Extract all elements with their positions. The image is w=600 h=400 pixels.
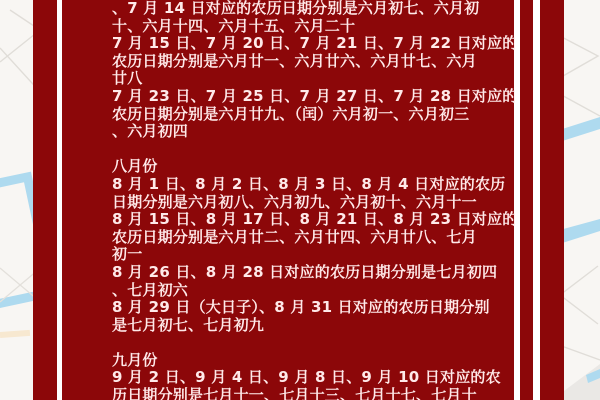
poster-text-line: 7 月 15 日、7 月 20 日、7 月 21 日、7 月 22 日对应的 xyxy=(112,35,515,53)
poster-text-line: 廿八 xyxy=(112,70,515,88)
poster-text-line: 农历日期分别是六月廿九、（闰）六月初一、六月初三 xyxy=(112,106,515,124)
white-pinstripe-right-outer xyxy=(533,0,540,400)
orange-smudge-decoration xyxy=(0,330,30,338)
poster-text-line: 历日期分别是七月十一、七月十三、七月十七、七月十 xyxy=(112,387,515,400)
poster-text-line: 十、六月十四、六月十五、六月二十 xyxy=(112,18,515,36)
lunar-date-text-block: 、7 月 14 日对应的农历日期分别是六月初七、六月初 十、六月十四、六月十五、… xyxy=(112,0,515,400)
white-pinstripe-left xyxy=(57,0,62,400)
poster-text-line: 初一 xyxy=(112,246,515,264)
poster-text-line: 7 月 23 日、7 月 25 日、7 月 27 日、7 月 28 日对应的 xyxy=(112,88,515,106)
poster-text-line: 农历日期分别是六月廿一、六月廿六、六月廿七、六月 xyxy=(112,53,515,71)
poster-text-line: 农历日期分别是六月廿二、六月廿四、六月廿八、七月 xyxy=(112,229,515,247)
poster-text-line: 、六月初四 xyxy=(112,123,515,141)
poster-text-line: 9 月 2 日、9 月 4 日、9 月 8 日、9 月 10 日对应的农 xyxy=(112,369,515,387)
poster-text-line: 日期分别是六月初八、六月初九、六月初十、六月十一 xyxy=(112,194,515,212)
poster-text-line: 是七月初七、七月初九 xyxy=(112,317,515,335)
section-heading-september: 九月份 xyxy=(112,352,515,370)
poster-image: 、7 月 14 日对应的农历日期分别是六月初七、六月初 十、六月十四、六月十五、… xyxy=(0,0,600,400)
poster-text-line: 8 月 1 日、8 月 2 日、8 月 3 日、8 月 4 日对应的农历 xyxy=(112,176,515,194)
poster-text-line: 、七月初六 xyxy=(112,282,515,300)
section-heading-august: 八月份 xyxy=(112,158,515,176)
poster-text-line xyxy=(112,141,515,159)
poster-text-line: 8 月 29 日（大日子）、8 月 31 日对应的农历日期分别 xyxy=(112,299,515,317)
poster-text-line: 8 月 26 日、8 月 28 日对应的农历日期分别是七月初四 xyxy=(112,264,515,282)
poster-text-line: 、7 月 14 日对应的农历日期分别是六月初七、六月初 xyxy=(112,0,515,18)
poster-text-line: 8 月 15 日、8 月 17 日、8 月 21 日、8 月 23 日对应的 xyxy=(112,211,515,229)
poster-text-line xyxy=(112,334,515,352)
